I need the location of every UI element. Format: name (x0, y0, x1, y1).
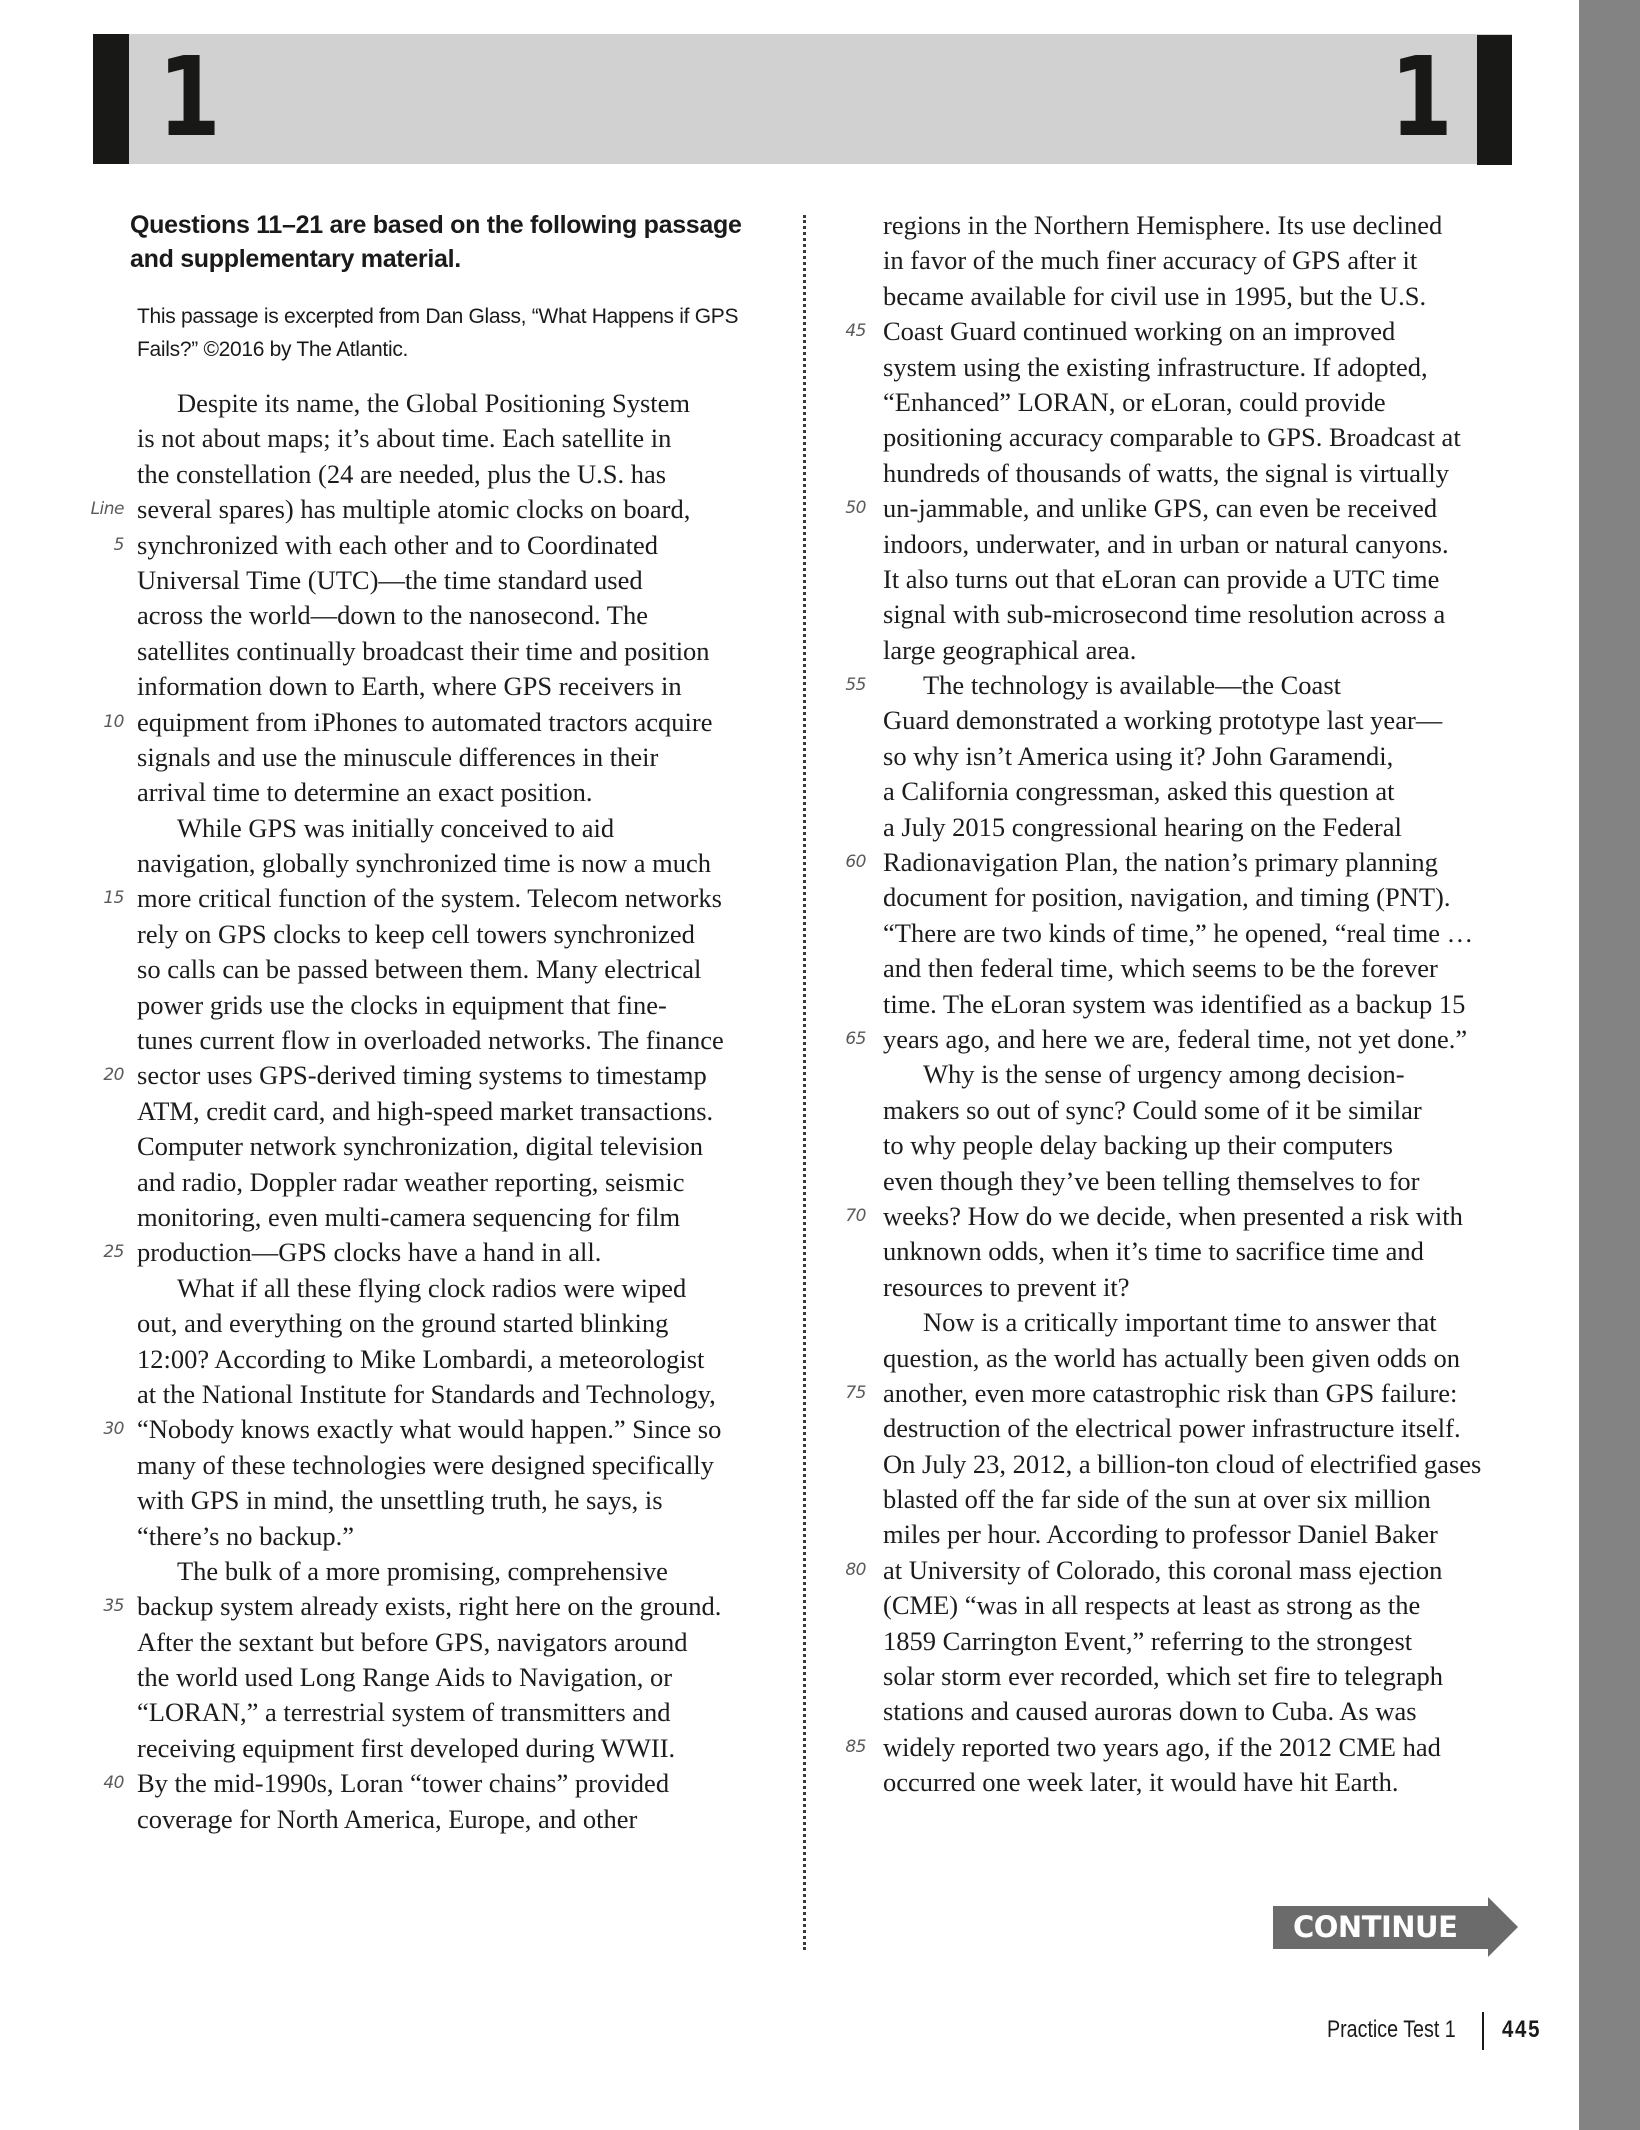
passage-line: hundreds of thousands of watts, the sign… (0, 456, 640, 491)
passage-line: On July 23, 2012, a billion-ton cloud of… (0, 1447, 640, 1482)
line-text: Coast Guard continued working on an impr… (883, 314, 1395, 349)
line-text: Guard demonstrated a working prototype l… (883, 703, 1442, 738)
passage-line: even though they’ve been telling themsel… (0, 1164, 640, 1199)
line-text: a California congressman, asked this que… (883, 774, 1394, 809)
passage-line: signal with sub-microsecond time resolut… (0, 597, 640, 632)
line-number: 45 (806, 314, 866, 349)
passage-line: 80at University of Colorado, this corona… (0, 1553, 640, 1588)
passage-line: and then federal time, which seems to be… (0, 951, 640, 986)
footer-test-label: Practice Test 1 (1327, 2014, 1456, 2046)
passage-line: 55The technology is available—the Coast (0, 668, 640, 703)
passage-line: 45Coast Guard continued working on an im… (0, 314, 640, 349)
passage-line: resources to prevent it? (0, 1270, 640, 1305)
line-text: another, even more catastrophic risk tha… (883, 1376, 1457, 1411)
passage-line: blasted off the far side of the sun at o… (0, 1482, 640, 1517)
line-text: occurred one week later, it would have h… (883, 1765, 1398, 1800)
line-text: (CME) “was in all respects at least as s… (883, 1588, 1420, 1623)
line-text: signal with sub-microsecond time resolut… (883, 597, 1445, 632)
passage-line: 1859 Carrington Event,” referring to the… (0, 1624, 640, 1659)
line-text: even though they’ve been telling themsel… (883, 1164, 1419, 1199)
passage-right-column: regions in the Northern Hemisphere. Its … (0, 208, 640, 1801)
continue-button[interactable]: CONTINUE (1273, 1897, 1518, 1957)
line-text: Why is the sense of urgency among decisi… (923, 1057, 1405, 1092)
line-text: “There are two kinds of time,” he opened… (883, 916, 1473, 951)
passage-line: “There are two kinds of time,” he opened… (0, 916, 640, 951)
line-text: destruction of the electrical power infr… (883, 1411, 1461, 1446)
passage-line: a California congressman, asked this que… (0, 774, 640, 809)
passage-line: 70weeks? How do we decide, when presente… (0, 1199, 640, 1234)
passage-line: stations and caused auroras down to Cuba… (0, 1694, 640, 1729)
line-text: large geographical area. (883, 633, 1136, 668)
passage-line: unknown odds, when it’s time to sacrific… (0, 1234, 640, 1269)
passage-line: 50un-jammable, and unlike GPS, can even … (0, 491, 640, 526)
line-text: Radionavigation Plan, the nation’s prima… (883, 845, 1438, 880)
passage-line: to why people delay backing up their com… (0, 1128, 640, 1163)
passage-line: 65years ago, and here we are, federal ti… (0, 1022, 640, 1057)
passage-line: (CME) “was in all respects at least as s… (0, 1588, 640, 1623)
passage-line: coverage for North America, Europe, and … (0, 1802, 640, 1837)
page-number: 445 (1502, 2014, 1541, 2046)
line-text: Now is a critically important time to an… (923, 1305, 1437, 1340)
line-text: time. The eLoran system was identified a… (883, 987, 1465, 1022)
line-text: It also turns out that eLoran can provid… (883, 562, 1439, 597)
passage-line: Guard demonstrated a working prototype l… (0, 703, 640, 738)
passage-line: makers so out of sync? Could some of it … (0, 1093, 640, 1128)
passage-line: miles per hour. According to professor D… (0, 1517, 640, 1552)
passage-line: Now is a critically important time to an… (0, 1305, 640, 1340)
line-number: 70 (806, 1199, 866, 1234)
passage-line: regions in the Northern Hemisphere. Its … (0, 208, 640, 243)
passage-line: large geographical area. (0, 633, 640, 668)
line-text: hundreds of thousands of watts, the sign… (883, 456, 1449, 491)
line-text: blasted off the far side of the sun at o… (883, 1482, 1431, 1517)
passage-line: positioning accuracy comparable to GPS. … (0, 420, 640, 455)
line-text: weeks? How do we decide, when presented … (883, 1199, 1463, 1234)
line-number: 65 (806, 1022, 866, 1057)
line-text: a July 2015 congressional hearing on the… (883, 810, 1402, 845)
line-text: widely reported two years ago, if the 20… (883, 1730, 1441, 1765)
line-text: document for position, navigation, and t… (883, 880, 1450, 915)
passage-line: so why isn’t America using it? John Gara… (0, 739, 640, 774)
line-text: un-jammable, and unlike GPS, can even be… (883, 491, 1437, 526)
passage-line: a July 2015 congressional hearing on the… (0, 810, 640, 845)
footer-separator (1482, 2012, 1484, 2050)
passage-line: in favor of the much finer accuracy of G… (0, 243, 640, 278)
line-number: 75 (806, 1376, 866, 1411)
line-text: in favor of the much finer accuracy of G… (883, 243, 1417, 278)
line-text: The technology is available—the Coast (923, 668, 1341, 703)
line-text: “Enhanced” LORAN, or eLoran, could provi… (883, 385, 1386, 420)
section-header-right-block (1477, 35, 1512, 165)
section-number-left: 1 (158, 42, 221, 152)
passage-line: “Enhanced” LORAN, or eLoran, could provi… (0, 385, 640, 420)
passage-line: question, as the world has actually been… (0, 1341, 640, 1376)
passage-line: system using the existing infrastructure… (0, 350, 640, 385)
page-edge-strip (1579, 0, 1640, 2130)
line-text: indoors, underwater, and in urban or nat… (883, 527, 1449, 562)
section-number-right: 1 (1390, 42, 1453, 152)
line-text: 1859 Carrington Event,” referring to the… (883, 1624, 1412, 1659)
passage-line: It also turns out that eLoran can provid… (0, 562, 640, 597)
line-text: and then federal time, which seems to be… (883, 951, 1438, 986)
line-text: years ago, and here we are, federal time… (883, 1022, 1467, 1057)
line-number: 85 (806, 1730, 866, 1765)
line-text: question, as the world has actually been… (883, 1341, 1460, 1376)
line-text: resources to prevent it? (883, 1270, 1130, 1305)
line-text: miles per hour. According to professor D… (883, 1517, 1438, 1552)
line-text: On July 23, 2012, a billion-ton cloud of… (883, 1447, 1481, 1482)
line-text: stations and caused auroras down to Cuba… (883, 1694, 1417, 1729)
passage-line: time. The eLoran system was identified a… (0, 987, 640, 1022)
passage-line: destruction of the electrical power infr… (0, 1411, 640, 1446)
line-number: 60 (806, 845, 866, 880)
passage-line: became available for civil use in 1995, … (0, 279, 640, 314)
line-number: 80 (806, 1553, 866, 1588)
passage-line: Why is the sense of urgency among decisi… (0, 1057, 640, 1092)
line-text: makers so out of sync? Could some of it … (883, 1093, 1422, 1128)
line-number: 50 (806, 491, 866, 526)
line-text: unknown odds, when it’s time to sacrific… (883, 1234, 1424, 1269)
line-text: at University of Colorado, this coronal … (883, 1553, 1442, 1588)
line-text: system using the existing infrastructure… (883, 350, 1428, 385)
passage-line: indoors, underwater, and in urban or nat… (0, 527, 640, 562)
passage-line: occurred one week later, it would have h… (0, 1765, 640, 1800)
line-text: to why people delay backing up their com… (883, 1128, 1393, 1163)
passage-line: solar storm ever recorded, which set fir… (0, 1659, 640, 1694)
line-text: became available for civil use in 1995, … (883, 279, 1426, 314)
section-header-left-block (93, 34, 129, 164)
continue-label: CONTINUE (1293, 1906, 1457, 1948)
line-text: solar storm ever recorded, which set fir… (883, 1659, 1443, 1694)
line-text: coverage for North America, Europe, and … (137, 1802, 637, 1837)
line-text: positioning accuracy comparable to GPS. … (883, 420, 1461, 455)
passage-line: 75another, even more catastrophic risk t… (0, 1376, 640, 1411)
passage-line: 60Radionavigation Plan, the nation’s pri… (0, 845, 640, 880)
passage-line: 85widely reported two years ago, if the … (0, 1730, 640, 1765)
column-divider (803, 215, 806, 1950)
line-number: 55 (806, 668, 866, 703)
section-header-bar (93, 34, 1512, 164)
line-text: regions in the Northern Hemisphere. Its … (883, 208, 1442, 243)
line-text: so why isn’t America using it? John Gara… (883, 739, 1393, 774)
passage-line: document for position, navigation, and t… (0, 880, 640, 915)
